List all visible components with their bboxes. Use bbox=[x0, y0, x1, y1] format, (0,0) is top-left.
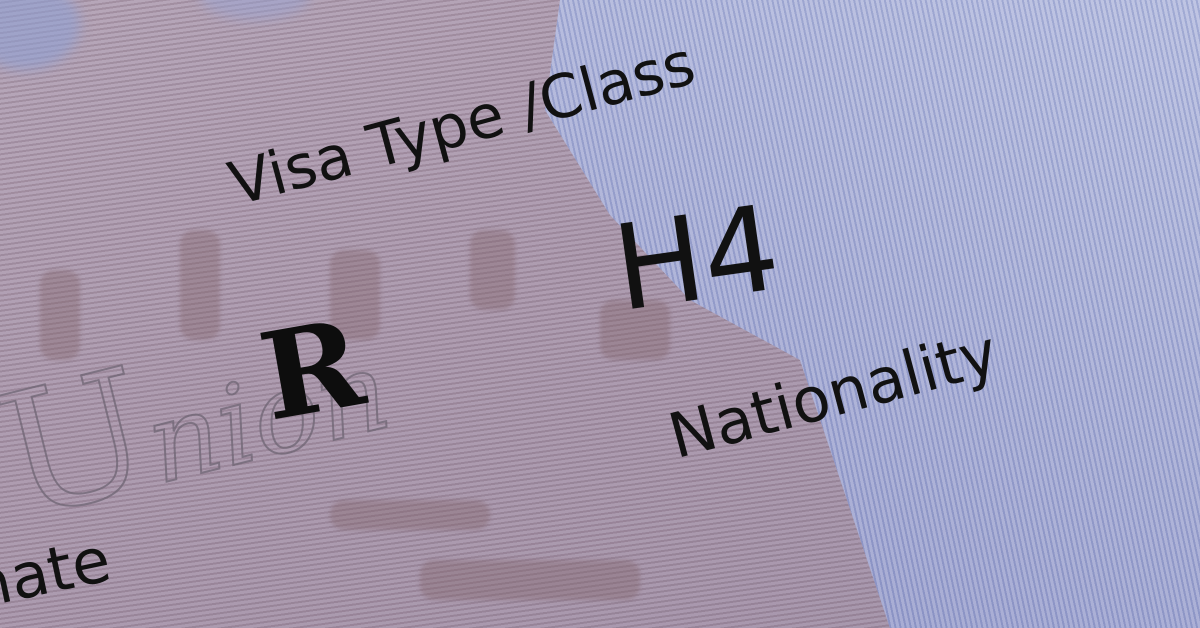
visa-photo: Union Visa Type /Class H4 R Nationality … bbox=[0, 0, 1200, 628]
visa-type-value: H4 bbox=[606, 179, 787, 338]
watermark-first-letter: U bbox=[0, 331, 169, 558]
